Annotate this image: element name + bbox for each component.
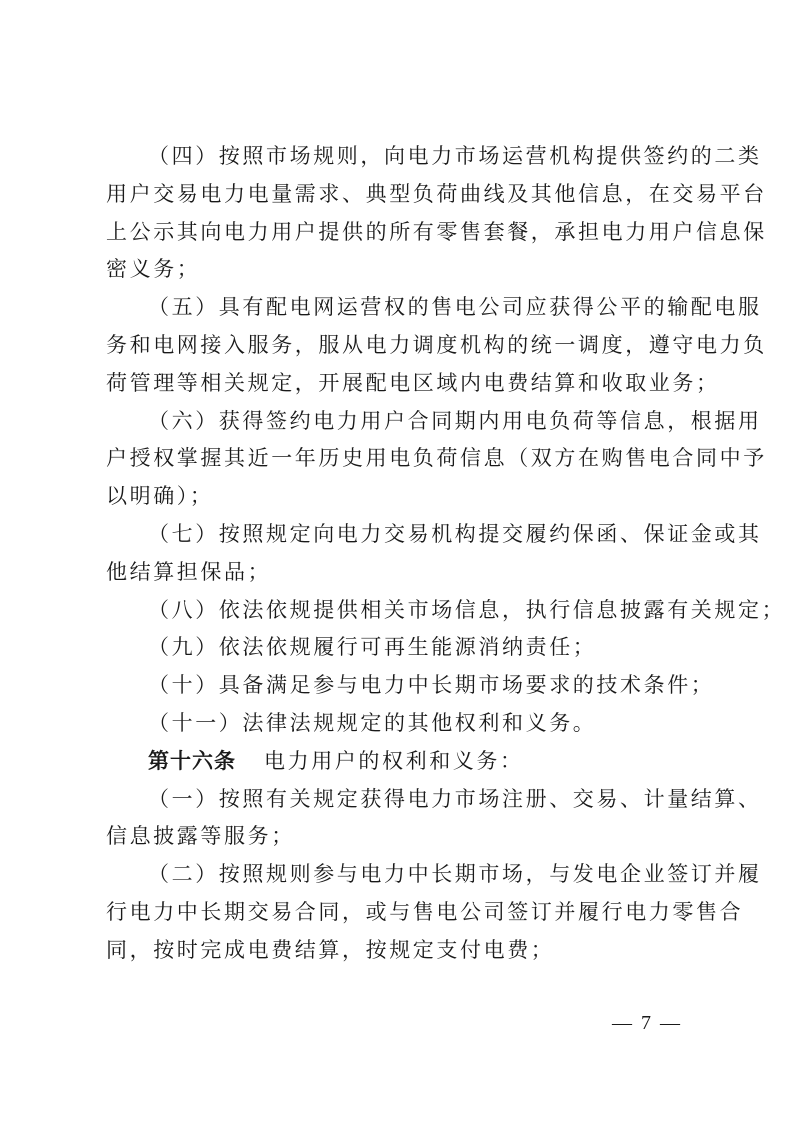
text-line: （一）按照有关规定获得电力市场注册、交易、计量结算、	[106, 781, 692, 819]
text-line: （十一）法律法规规定的其他权利和义务。	[106, 705, 692, 743]
text-line: 荷管理等相关规定，开展配电区域内电费结算和收取业务；	[106, 365, 692, 403]
document-body: （四）按照市场规则，向电力市场运营机构提供签约的二类 用户交易电力电量需求、典型…	[106, 138, 692, 970]
page-number: — 7 —	[612, 1012, 682, 1035]
article-text: 电力用户的权利和义务：	[264, 749, 524, 773]
text-line: 以明确）；	[106, 478, 692, 516]
text-line: （五）具有配电网运营权的售电公司应获得公平的输配电服	[106, 289, 692, 327]
article-heading: 第十六条	[148, 749, 236, 773]
text-line: 同，按时完成电费结算，按规定支付电费；	[106, 932, 692, 970]
text-line: （七）按照规定向电力交易机构提交履约保函、保证金或其	[106, 516, 692, 554]
document-page: （四）按照市场规则，向电力市场运营机构提供签约的二类 用户交易电力电量需求、典型…	[0, 0, 800, 1131]
text-line: 行电力中长期交易合同，或与售电公司签订并履行电力零售合	[106, 894, 692, 932]
text-line: 务和电网接入服务，服从电力调度机构的统一调度，遵守电力负	[106, 327, 692, 365]
text-line: 信息披露等服务；	[106, 818, 692, 856]
text-line: 他结算担保品；	[106, 554, 692, 592]
text-line: 密义务；	[106, 251, 692, 289]
article-heading-line: 第十六条电力用户的权利和义务：	[106, 743, 692, 781]
text-line: 上公示其向电力用户提供的所有零售套餐，承担电力用户信息保	[106, 214, 692, 252]
text-line: （九）依法依规履行可再生能源消纳责任；	[106, 629, 692, 667]
text-line: （四）按照市场规则，向电力市场运营机构提供签约的二类	[106, 138, 692, 176]
text-line: 户授权掌握其近一年历史用电负荷信息（双方在购售电合同中予	[106, 440, 692, 478]
text-line: （十）具备满足参与电力中长期市场要求的技术条件；	[106, 667, 692, 705]
text-line: 用户交易电力电量需求、典型负荷曲线及其他信息，在交易平台	[106, 176, 692, 214]
text-line: （二）按照规则参与电力中长期市场，与发电企业签订并履	[106, 856, 692, 894]
text-line: （八）依法依规提供相关市场信息，执行信息披露有关规定；	[106, 592, 692, 630]
text-line: （六）获得签约电力用户合同期内用电负荷等信息，根据用	[106, 403, 692, 441]
